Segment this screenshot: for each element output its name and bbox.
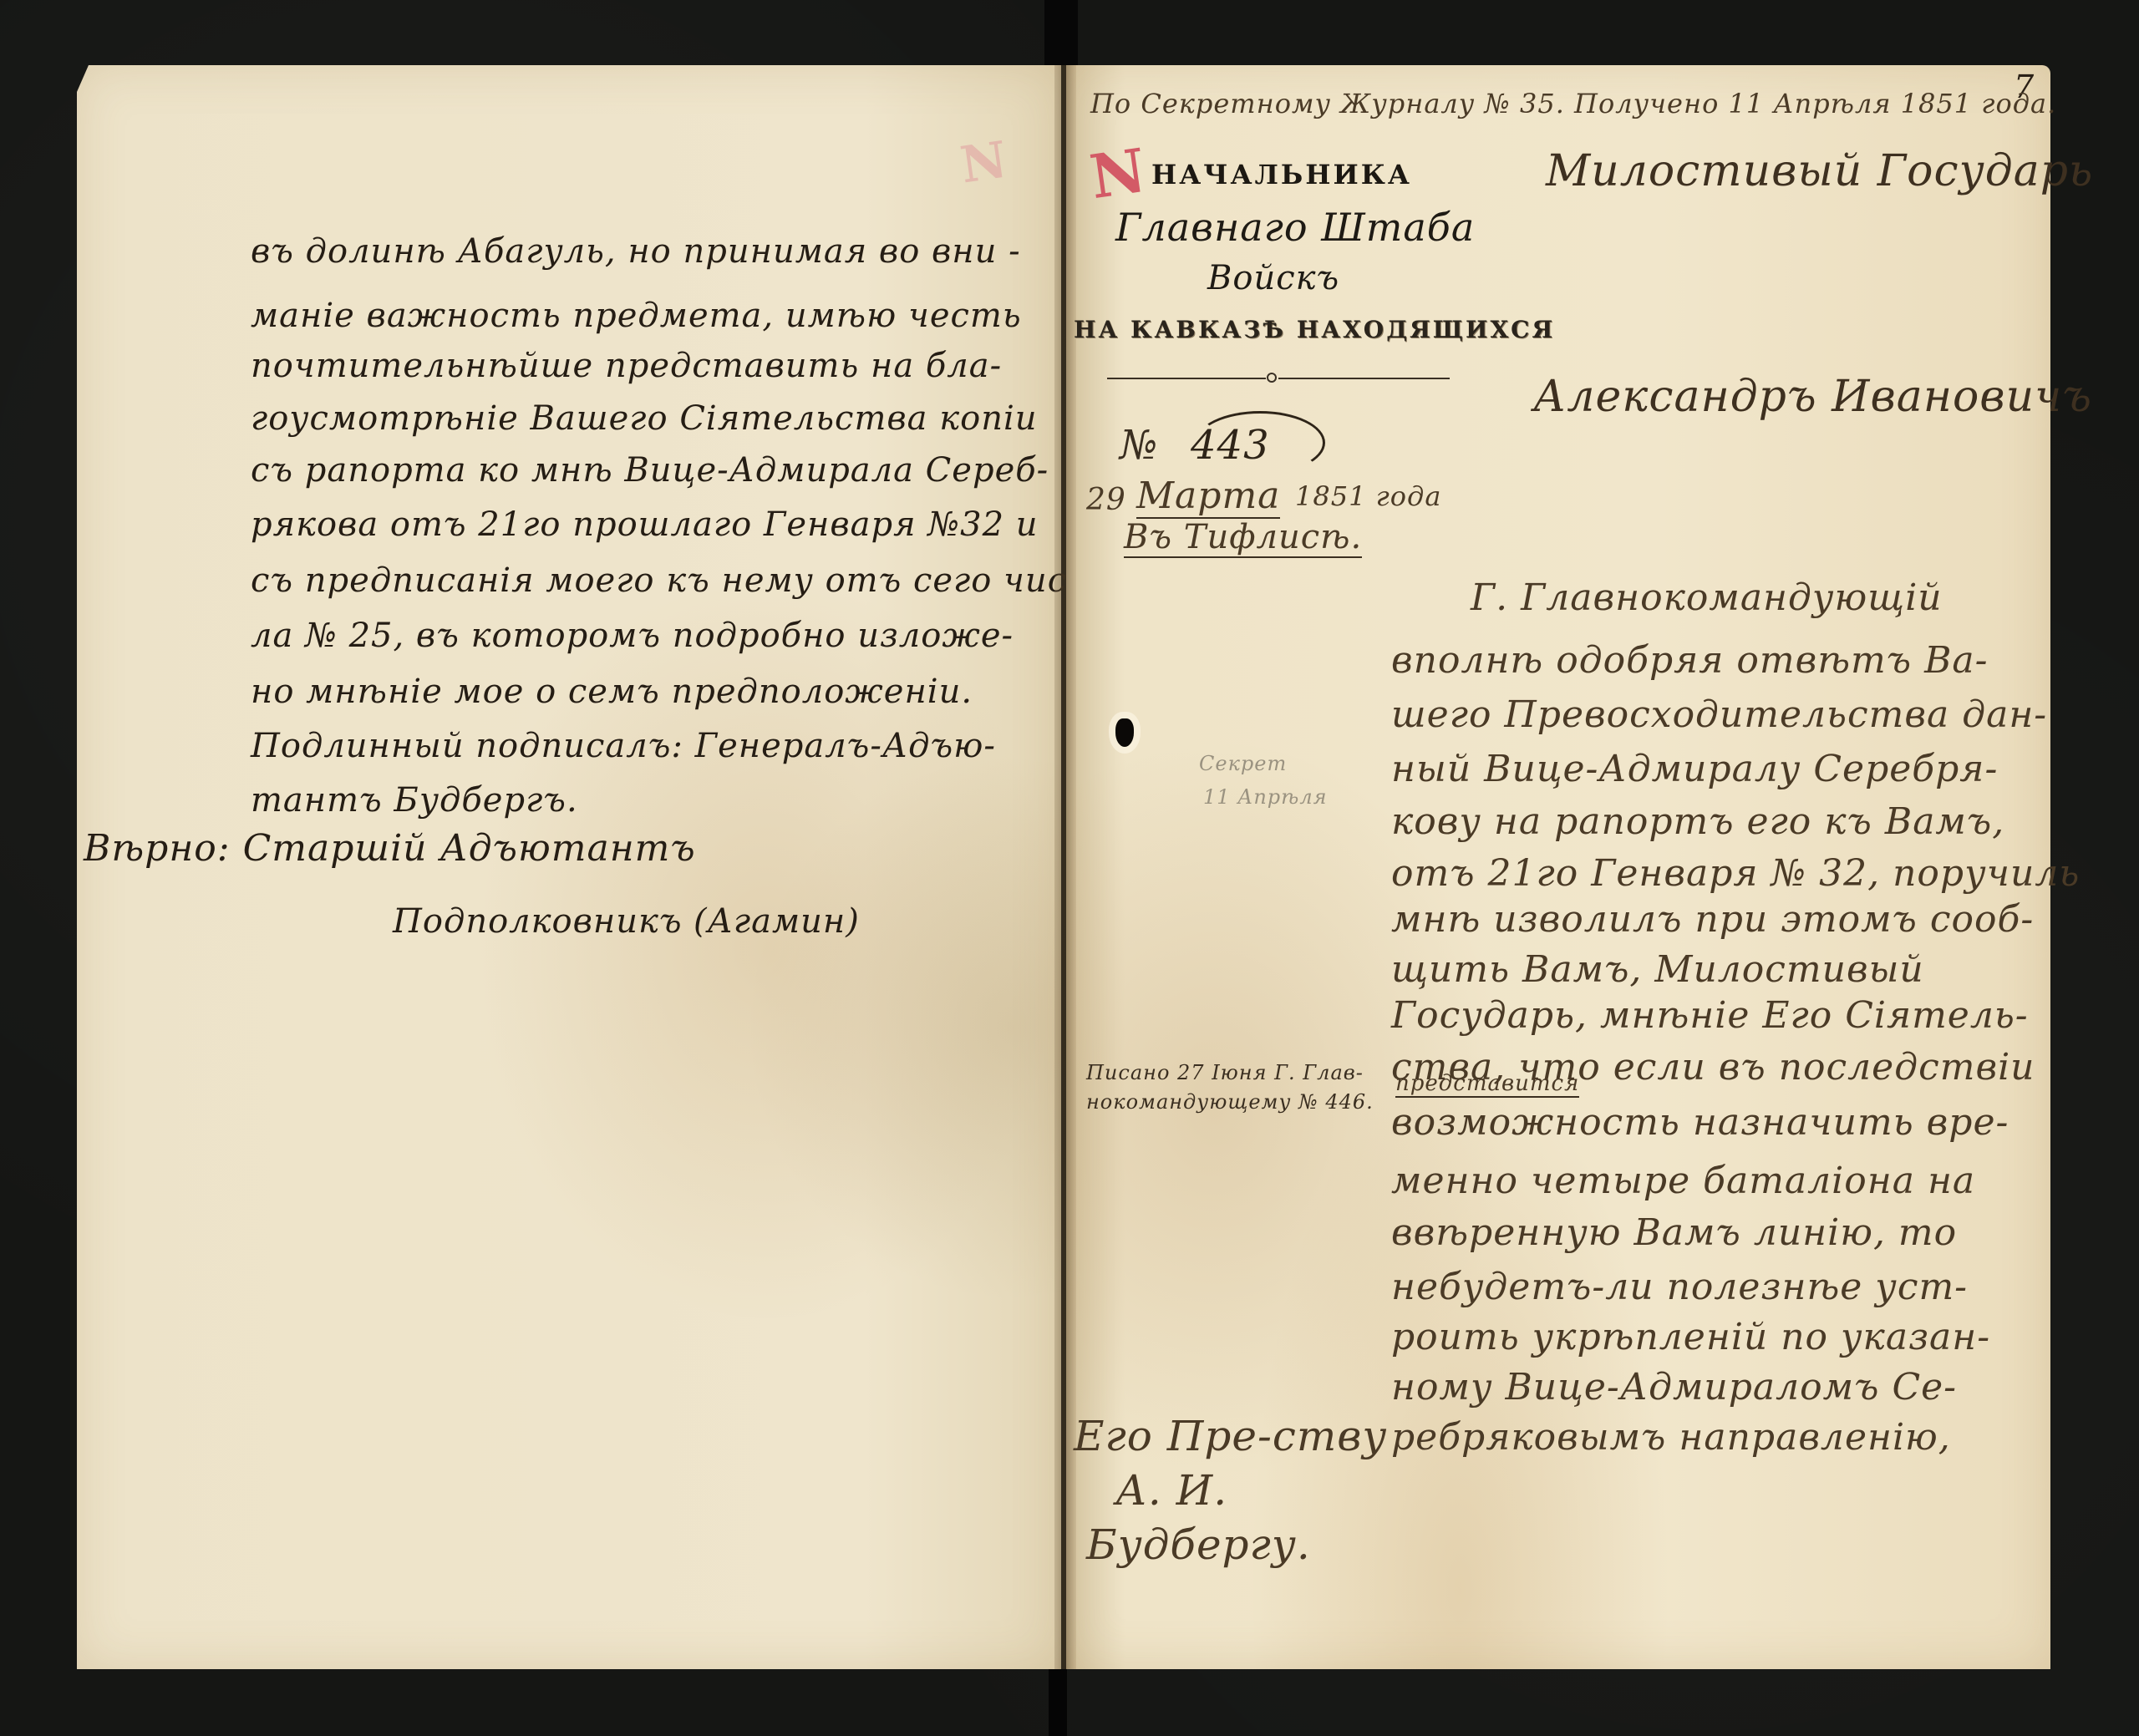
left-line-5: съ рапорта ко мнѣ Вице-Адмирала Серeб- [251, 451, 1049, 490]
letterhead-line-4: НА КАВКАЗѢ НАХОДЯЩИХСЯ [1074, 316, 1555, 343]
paper-hole [1115, 718, 1134, 747]
letterhead-line-3: Войскъ [1207, 259, 1339, 297]
right-line-2: вполнѣ одобряя отвѣтъ Ва- [1391, 639, 1989, 682]
letterhead-line-2: Главнаго Штаба [1115, 205, 1475, 250]
ref-month: Марта [1136, 475, 1280, 519]
right-line-14: небудетъ-ли полезнѣе уст- [1391, 1266, 1968, 1308]
letterhead-rule-left [1107, 378, 1266, 379]
attestation-line: Вѣрно: Старшiй Адъютантъ [84, 827, 696, 870]
ref-day: 29 [1086, 483, 1126, 517]
book-spine-bottom [1049, 1669, 1067, 1736]
letterhead-rule-dot [1267, 373, 1277, 383]
left-line-10: Подлинный подписалъ: Генералъ-Адъю- [251, 727, 996, 765]
right-line-4: ный Вице-Адмиралу Серебря- [1391, 748, 1998, 790]
right-line-6: отъ 21го Генваря № 32, поручиль [1391, 852, 2080, 895]
left-line-6: рякова отъ 21го прошлаго Генваря №32 и [251, 505, 1039, 544]
pencil-note-line-2: 11 Апрѣля [1203, 785, 1328, 809]
letterhead-line-1: НАЧАЛЬНИКА [1151, 159, 1412, 190]
addressee-name: Александръ Ивановичъ [1533, 372, 2092, 422]
left-line-7: съ предписанiя моего къ нему отъ сего чи… [251, 561, 1080, 600]
pencil-note-line-1: Секрет [1199, 752, 1287, 775]
right-line-9: Государь, мнѣнiе Его Сiятель- [1391, 994, 2029, 1037]
recipient-line-1: Его Пре-ству [1074, 1412, 1387, 1460]
ref-year: 1851 года [1295, 480, 1441, 512]
left-line-8: ла № 25, въ которомъ подробно изложе- [251, 617, 1014, 655]
ref-place: Въ Тифлисѣ. [1124, 518, 1362, 558]
right-line-15: роить укрѣпленiй по указан- [1391, 1316, 1990, 1358]
left-line-2: манiе важность предмета, имѣю честь [251, 297, 1022, 335]
right-line-3: шего Превосходительства дан- [1391, 693, 2047, 736]
right-line-11: возможность назначить вре- [1391, 1101, 2009, 1144]
signature: (Агамин) [694, 902, 860, 941]
letterhead-rule-right [1278, 378, 1450, 379]
recipient-line-2: А. И. [1115, 1466, 1227, 1515]
right-line-5: кову на рапортъ его къ Вамъ, [1391, 800, 2004, 843]
right-line-12: менно четыре баталiона на [1391, 1160, 1975, 1202]
signature-rank: Подполковникъ [393, 902, 683, 941]
registry-note: По Секретному Журналу № 35. Получено 11 … [1090, 88, 2056, 119]
right-line-8: щить Вамъ, Милостивый [1391, 948, 1924, 991]
right-line-7: мнѣ изволилъ при этомъ сооб- [1391, 898, 2034, 941]
inserted-word: представится [1395, 1071, 1579, 1098]
margin-note-line-1: Писано 27 Iюня Г. Глав- [1086, 1061, 1364, 1084]
faded-red-mark: N [957, 131, 1010, 195]
recipient-line-3: Будбергу. [1086, 1520, 1311, 1569]
right-line-1: Г. Главнокомандующiй [1471, 576, 1943, 619]
left-line-3: почтительнѣйше представить на бла- [251, 347, 1002, 385]
right-line-16: ному Вице-Адмираломъ Се- [1391, 1366, 1957, 1409]
ref-number: 443 [1191, 422, 1270, 469]
margin-note-line-2: нокомандующему № 446. [1086, 1090, 1374, 1114]
left-line-4: гоусмотрѣнiе Вашего Сiятельства копiи [251, 399, 1038, 438]
right-line-13: ввѣренную Вамъ линiю, то [1391, 1211, 1957, 1254]
ref-number-prefix: № [1120, 422, 1158, 469]
left-line-1: въ долинѣ Абагуль, но принимая во вни - [251, 232, 1021, 271]
left-line-11: тантъ Будбергъ. [251, 781, 578, 820]
right-line-17: ребряковымъ направленiю, [1391, 1416, 1951, 1459]
left-line-9: но мнѣнiе мое о семъ предположенiи. [251, 673, 973, 711]
salutation: Милостивый Государь [1546, 146, 2093, 196]
book-spine-top [1044, 0, 1078, 65]
red-pencil-mark: N [1085, 135, 1150, 212]
